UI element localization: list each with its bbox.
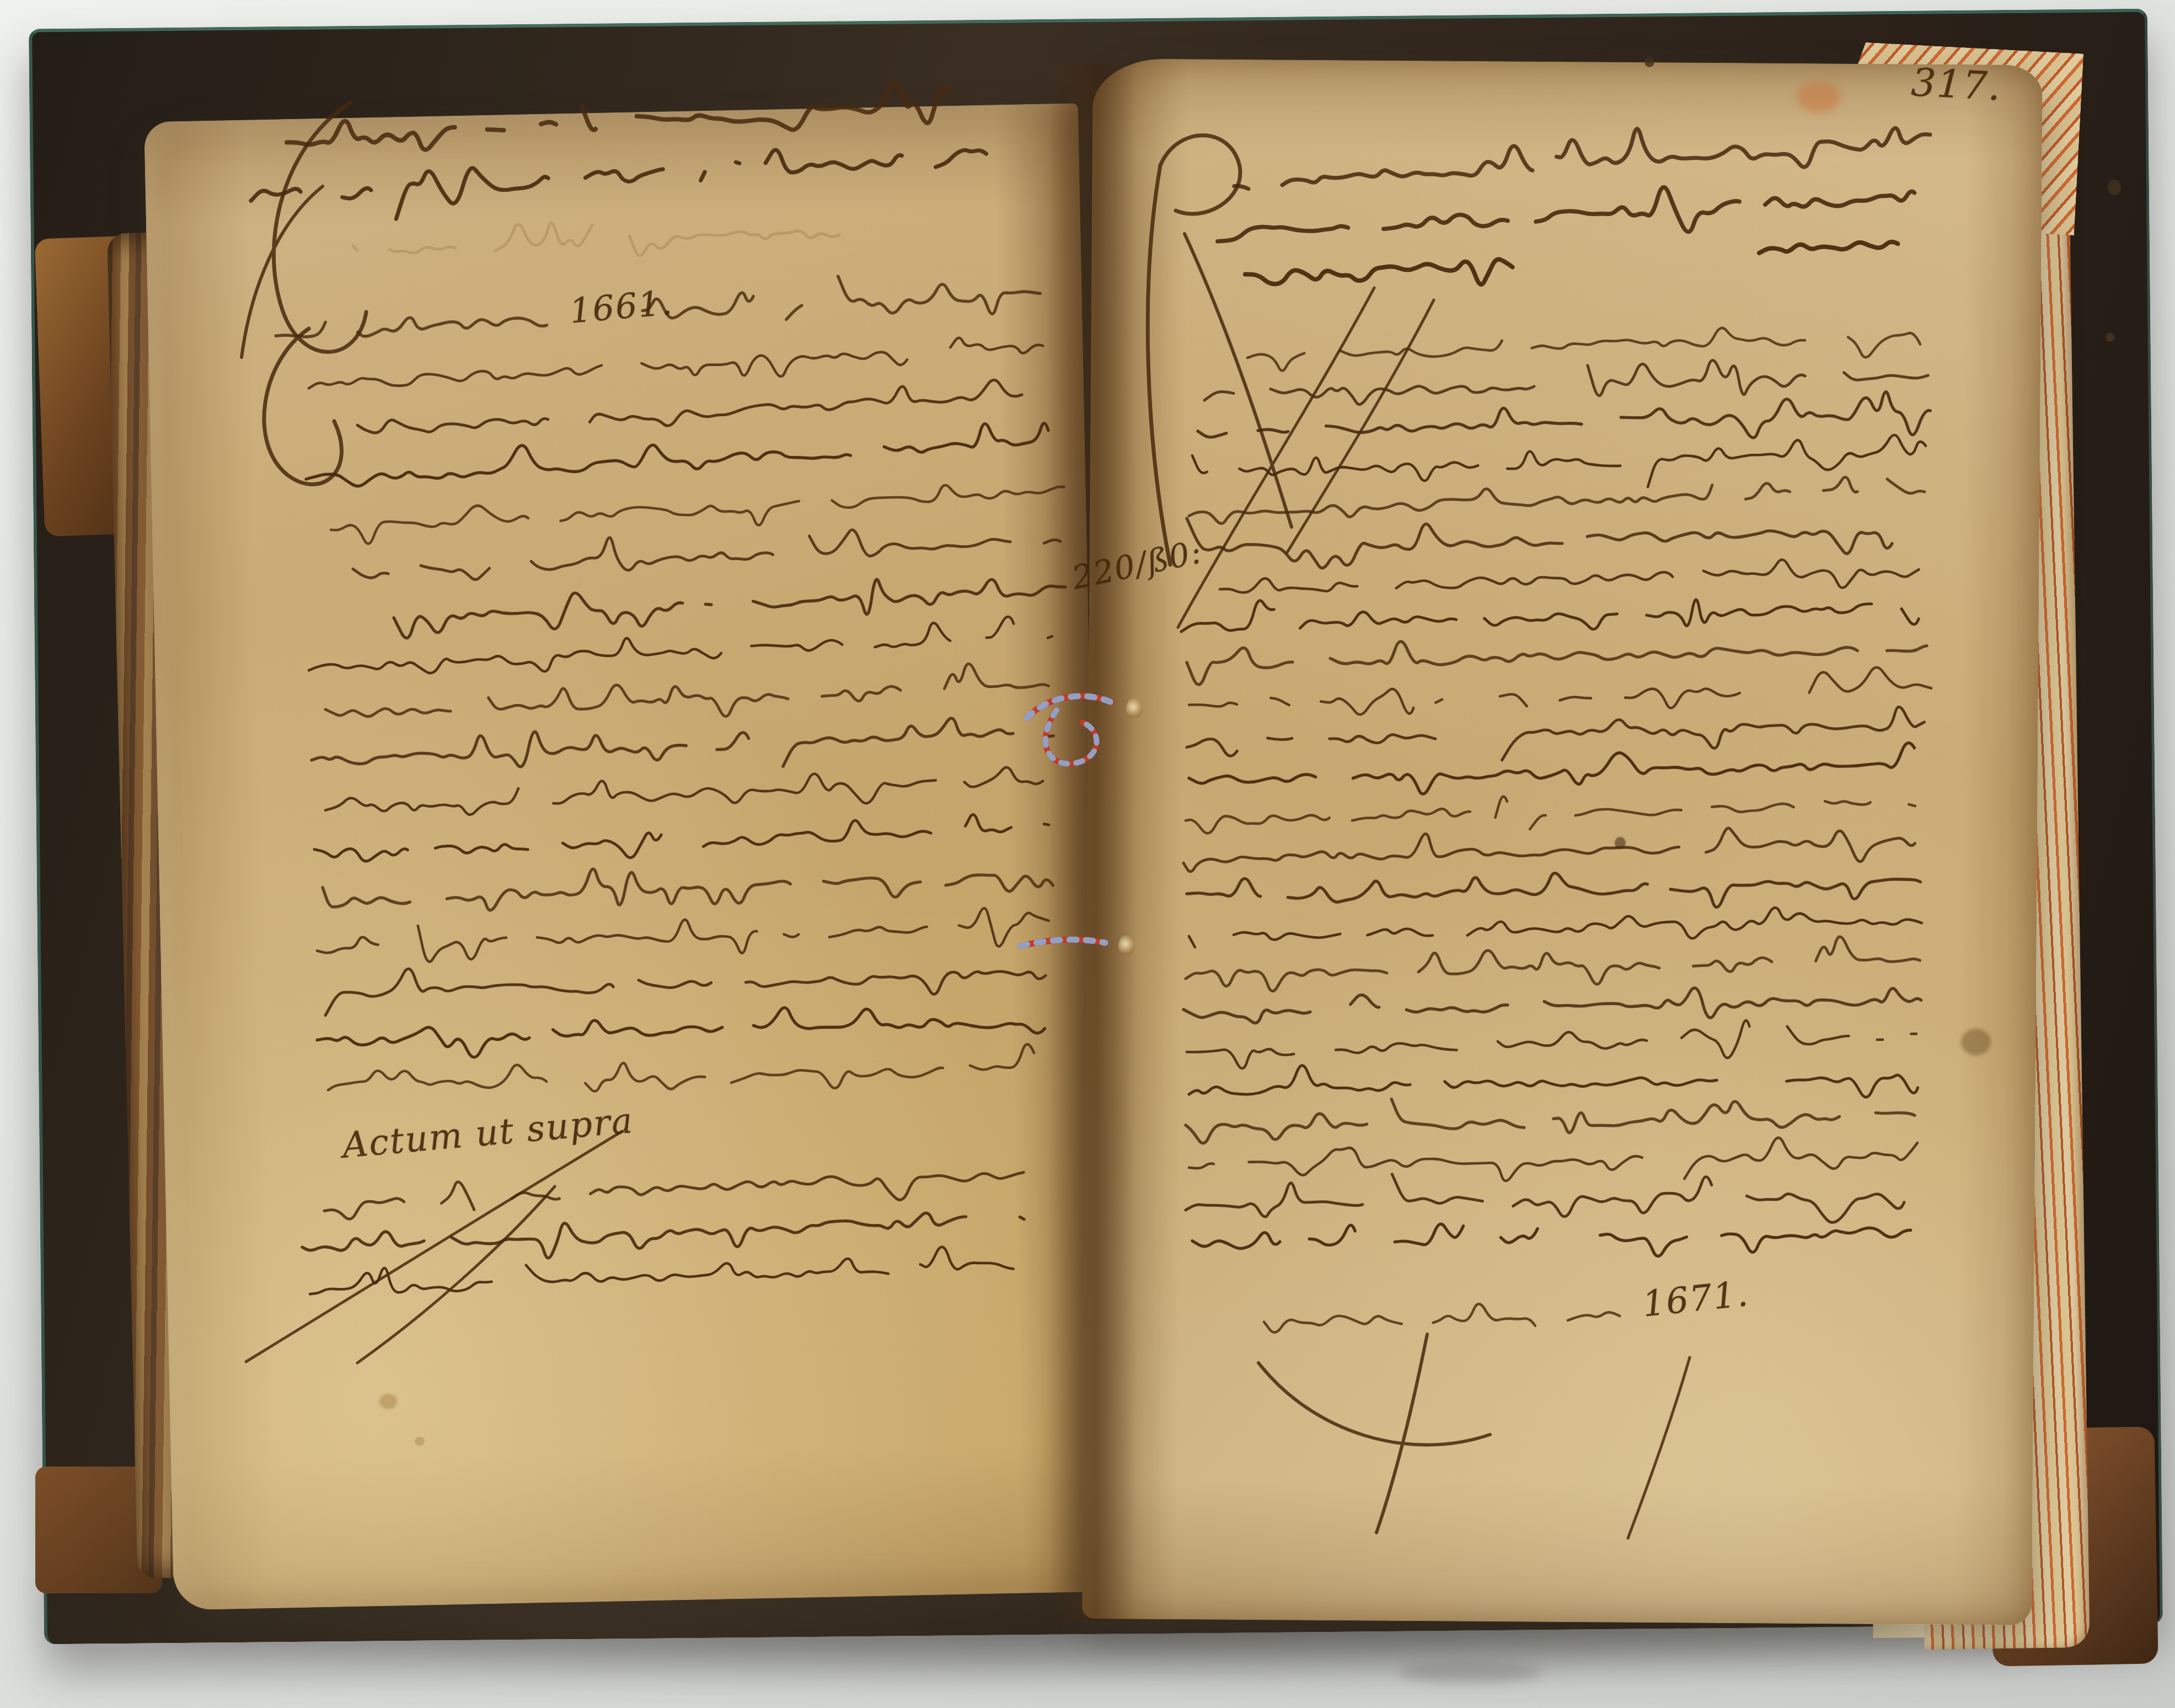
thread-hole-dimple-lower bbox=[1118, 935, 1135, 957]
foxing-spot bbox=[379, 1394, 397, 1409]
foxing-spot bbox=[415, 1437, 425, 1446]
manuscript-photo: 317. 1661. 220/ß0: Actum ut supra 1671. bbox=[0, 0, 2175, 1708]
ink-spot bbox=[1644, 56, 1654, 67]
page-number: 317. bbox=[1910, 60, 2003, 109]
ink-spot bbox=[2108, 180, 2121, 195]
thread-hole-dimple-upper bbox=[1126, 698, 1143, 720]
ink-spot bbox=[1615, 837, 1626, 849]
left-page bbox=[144, 103, 1108, 1610]
right-page bbox=[1082, 58, 2043, 1625]
stain-blotch bbox=[1961, 1029, 1991, 1055]
gutter-shadow bbox=[1048, 64, 1136, 1621]
red-edge-smear bbox=[1797, 82, 1841, 112]
ink-spot bbox=[2106, 333, 2114, 342]
page-bottom-shadow bbox=[1399, 1661, 1542, 1683]
